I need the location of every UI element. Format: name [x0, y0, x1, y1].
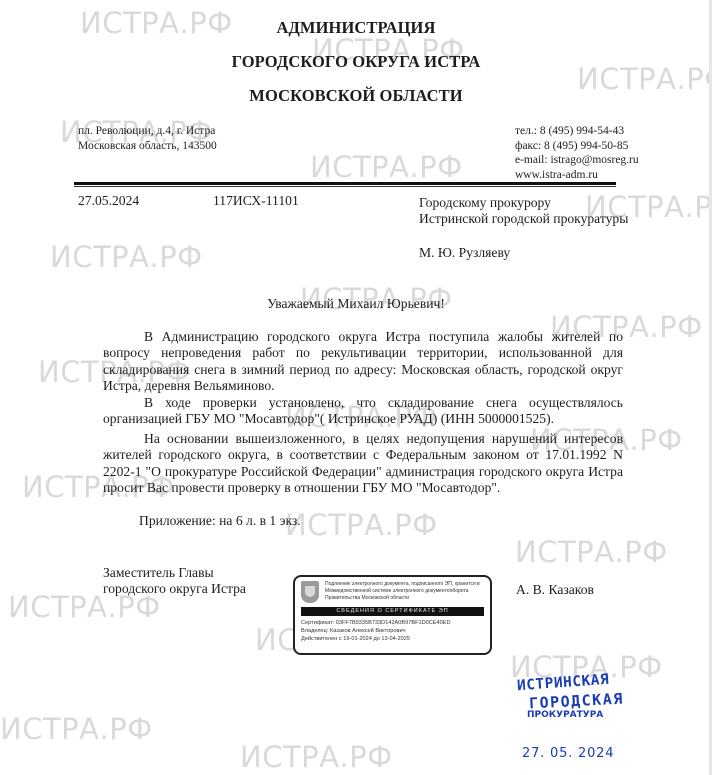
watermark: ИСТРА.РФ [0, 712, 153, 746]
certificate-validity: Действителен с 19-01-2024 до 13-04-2025 [301, 635, 451, 643]
recipient-block: Городскому прокурору Истринской городско… [419, 195, 628, 228]
watermark: ИСТРА.РФ [310, 150, 463, 184]
received-stamp-line: ПРОКУРАТУРА [527, 710, 603, 720]
appendix-note: Приложение: на 6 л. в 1 экз. [139, 513, 301, 529]
letterhead-subtitle: ГОРОДСКОГО ОКРУГА ИСТРА [0, 52, 712, 72]
certificate-header: СВЕДЕНИЯ О СЕРТИФИКАТЕ ЭП [301, 607, 484, 616]
watermark: ИСТРА.РФ [50, 240, 203, 274]
sender-contacts: тел.: 8 (495) 994-54-43 факс: 8 (495) 99… [515, 124, 639, 182]
body-paragraph: В Администрацию городского округа Истра … [103, 329, 623, 395]
watermark: ИСТРА.РФ [285, 508, 438, 542]
salutation: Уважаемый Михаил Юрьевич! [0, 296, 712, 312]
body-paragraph: На основании вышеизложенного, в целях не… [103, 431, 623, 497]
letterhead-title: АДМИНИСТРАЦИЯ [0, 18, 712, 38]
certificate-details: Сертификат: 03FF7B9335B733D142A0B97BF1D0… [301, 619, 451, 643]
watermark: ИСТРА.РФ [240, 740, 393, 774]
outgoing-number: 117ИСХ-11101 [213, 193, 299, 209]
header-divider [74, 182, 616, 185]
recipient-position: Городскому прокурору [419, 195, 628, 211]
phone: тел.: 8 (495) 994-54-43 [515, 124, 639, 139]
signer-title-line: Заместитель Главы [103, 565, 246, 581]
recipient-name: М. Ю. Рузляеву [419, 245, 510, 261]
website: www.istra-adm.ru [515, 168, 639, 183]
sender-address: пл. Революции, д.4, г. Истра Московская … [78, 124, 217, 153]
email: e-mail: istrago@mosreg.ru [515, 153, 639, 168]
watermark: ИСТРА.РФ [515, 535, 668, 569]
certificate-owner: Владелец: Казаков Алексей Викторович [301, 627, 451, 635]
recipient-organization: Истринской городской прокуратуры [419, 211, 628, 227]
electronic-signature-box: Подлинник электронного документа, подпис… [293, 575, 492, 655]
letterhead-region: МОСКОВСКОЙ ОБЛАСТИ [0, 86, 712, 106]
document-date: 27.05.2024 [78, 193, 139, 209]
received-stamp-date: 27. 05. 2024 [522, 746, 614, 761]
coat-of-arms-icon [301, 581, 319, 603]
fax: факс: 8 (495) 994-50-85 [515, 139, 639, 154]
signer-title: Заместитель Главы городского округа Истр… [103, 565, 246, 598]
signer-name: А. В. Казаков [516, 582, 594, 598]
certificate-id: Сертификат: 03FF7B9335B733D142A0B97BF1D0… [301, 619, 451, 627]
header-divider-thin [74, 186, 616, 187]
address-line: Московская область, 143500 [78, 139, 217, 154]
letter-page: ИСТРА.РФ ИСТРА.РФ ИСТРА.РФ ИСТРА.РФ ИСТР… [0, 0, 712, 775]
esignature-note: Подлинник электронного документа, подпис… [325, 581, 485, 602]
signer-title-line: городского округа Истра [103, 581, 246, 597]
address-line: пл. Революции, д.4, г. Истра [78, 124, 217, 139]
body-paragraph: В ходе проверки установлено, что складир… [103, 395, 623, 428]
